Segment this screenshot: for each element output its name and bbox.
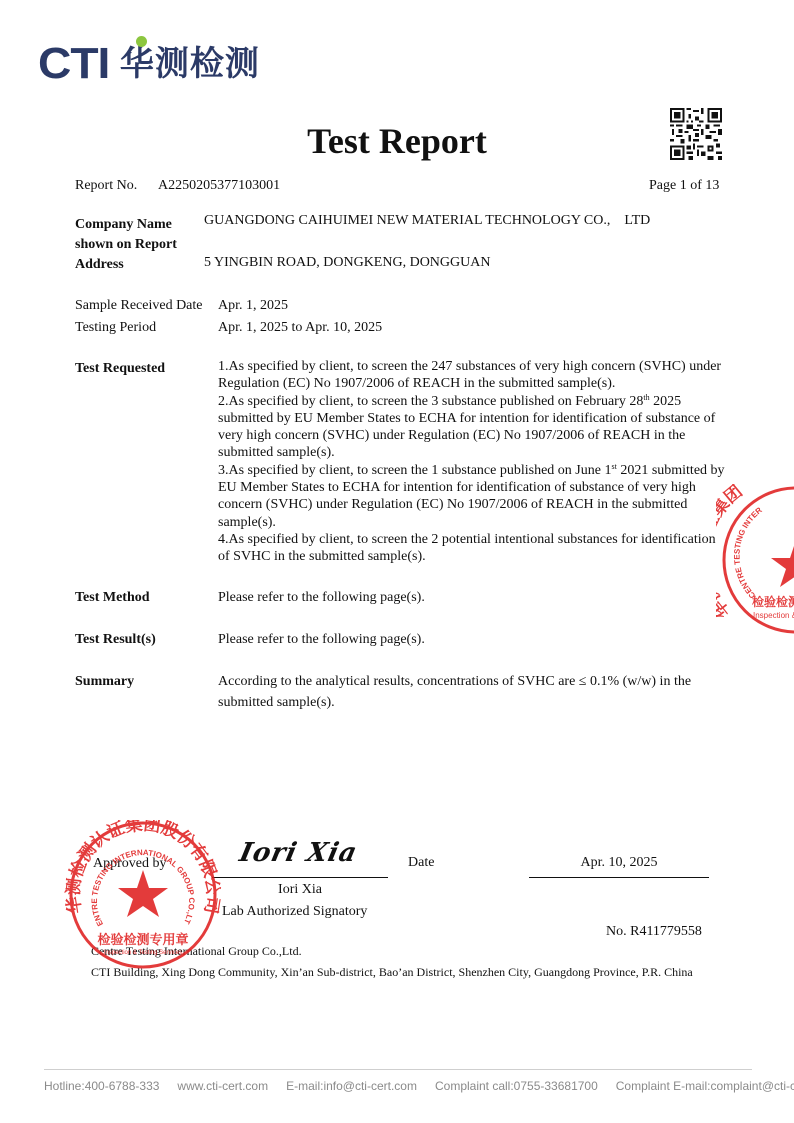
stamp-bottom-en: Inspection & T — [753, 611, 794, 620]
address-label: Address — [75, 256, 124, 273]
item-line: EU Member States to ECHA for intention f… — [218, 479, 733, 496]
issuer-name: Centre Testing International Group Co.,L… — [91, 944, 302, 959]
test-requested-item-2: 2.As specified by client, to screen the … — [218, 393, 733, 462]
signature-line — [212, 877, 388, 878]
stamp-ring-en: CENTRE TESTING INTER — [732, 505, 763, 600]
test-method-value: Please refer to the following page(s). — [218, 589, 425, 606]
item-line: Regulation (EC) No 1907/2006 of REACH in… — [218, 375, 733, 392]
stamp-ring-en: CENTRE TESTING INTERNATIONAL GROUP CO.,L… — [62, 820, 196, 928]
footer-complaint-call: Complaint call:0755-33681700 — [435, 1079, 598, 1093]
test-results-label: Test Result(s) — [75, 631, 156, 648]
item-line: concern (SVHC) under Regulation (EC) No … — [218, 496, 733, 513]
logo-latin: CTI — [38, 44, 109, 84]
cti-logo: CTI 华测检测 — [38, 40, 260, 84]
test-requested-item-3: 3.As specified by client, to screen the … — [218, 462, 733, 531]
test-requested-list: 1.As specified by client, to screen the … — [218, 358, 733, 566]
footer-hotline: Hotline:400-6788-333 — [44, 1079, 159, 1093]
item-line: submitted sample(s). — [218, 444, 733, 461]
page-total: 13 — [705, 178, 719, 193]
company-address: 5 YINGBIN ROAD, DONGKENG, DONGGUAN — [204, 254, 490, 271]
company-name-label-line1: Company Name — [75, 215, 177, 235]
company-name-label-line2: shown on Report — [75, 235, 177, 255]
item-line: very high concern (SVHC) under Regulatio… — [218, 427, 733, 444]
page-current: 1 — [680, 178, 687, 193]
test-requested-item-1: 1.As specified by client, to screen the … — [218, 358, 733, 393]
test-results-value: Please refer to the following page(s). — [218, 631, 425, 648]
footer-complaint-email[interactable]: Complaint E-mail:complaint@cti-cert.com — [616, 1079, 794, 1093]
page-label: Page — [649, 178, 676, 193]
footer-email[interactable]: E-mail:info@cti-cert.com — [286, 1079, 417, 1093]
item-line: 4.As specified by client, to screen the … — [218, 531, 733, 548]
date-label: Date — [408, 854, 434, 871]
page-of-label: of — [690, 178, 702, 193]
company-name-label: Company Name shown on Report — [75, 215, 177, 255]
summary-text: According to the analytical results, con… — [218, 671, 733, 713]
footer-website[interactable]: www.cti-cert.com — [177, 1079, 268, 1093]
approved-by-label: Approved by — [93, 855, 167, 872]
qr-code-icon — [670, 108, 722, 160]
certificate-number: No. R411779558 — [606, 923, 702, 940]
test-requested-item-4: 4.As specified by client, to screen the … — [218, 531, 733, 566]
item-text: 2021 submitted by — [617, 463, 725, 478]
stamp-bottom-cn: 检验检测 — [752, 594, 794, 609]
summary-line: submitted sample(s). — [218, 692, 733, 713]
issuer-address: CTI Building, Xing Dong Community, Xin’a… — [91, 965, 693, 980]
logo-chinese: 华测检测 — [120, 44, 260, 84]
testing-period: Apr. 1, 2025 to Apr. 10, 2025 — [218, 319, 382, 336]
signer-name: Iori Xia — [212, 881, 388, 898]
footer-divider — [44, 1069, 752, 1070]
approval-date: Apr. 10, 2025 — [529, 854, 709, 871]
item-line: 2.As specified by client, to screen the … — [218, 393, 733, 410]
report-no-label: Report No. — [75, 177, 137, 194]
received-date-label: Sample Received Date — [75, 297, 203, 314]
item-line: 3.As specified by client, to screen the … — [218, 462, 733, 479]
item-line: of SVHC in the submitted sample(s). — [218, 548, 733, 565]
received-date: Apr. 1, 2025 — [218, 297, 288, 314]
company-name: GUANGDONG CAIHUIMEI NEW MATERIAL TECHNOL… — [204, 212, 650, 229]
item-text: 3.As specified by client, to screen the … — [218, 463, 611, 478]
date-line — [529, 877, 709, 878]
summary-line: According to the analytical results, con… — [218, 671, 733, 692]
report-no: A2250205377103001 — [158, 177, 280, 194]
summary-label: Summary — [75, 673, 134, 690]
page-indicator: Page 1 of 13 — [649, 177, 719, 194]
logo-green-dot — [136, 36, 147, 47]
test-method-label: Test Method — [75, 589, 150, 606]
item-text: 2025 — [650, 394, 682, 409]
test-requested-label: Test Requested — [75, 360, 165, 377]
item-line: 1.As specified by client, to screen the … — [218, 358, 733, 375]
testing-period-label: Testing Period — [75, 319, 156, 336]
star-icon — [118, 870, 168, 917]
item-line: sample(s). — [218, 514, 733, 531]
item-text: 2.As specified by client, to screen the … — [218, 394, 643, 409]
signature: Iori Xia — [237, 838, 360, 868]
item-line: submitted by EU Member States to ECHA fo… — [218, 410, 733, 427]
star-icon — [771, 540, 794, 587]
footer: Hotline:400-6788-333 www.cti-cert.com E-… — [44, 1079, 794, 1093]
signer-title: Lab Authorized Signatory — [222, 903, 367, 920]
